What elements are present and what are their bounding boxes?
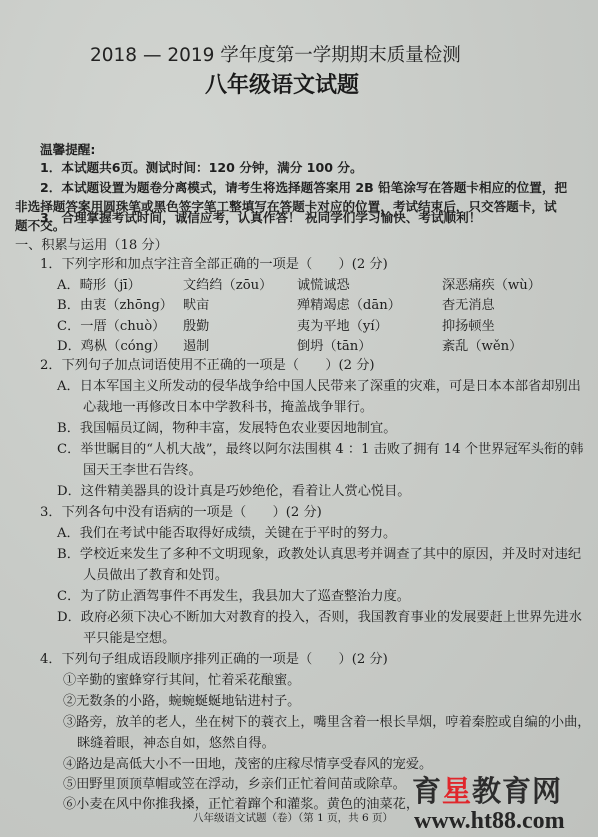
notice-item-1: 1．本试题共6页。测试时间：120 分钟，满分 100 分。 [40, 160, 363, 176]
q2-option-b: B．我国幅员辽阔，物种丰富，发展特色农业要因地制宜。 [57, 421, 396, 437]
q1-option-d-1: D．鸡枞（cóng） [57, 339, 166, 355]
q1-stem: 1．下列字形和加点字注音全部正确的一项是（ ）(2 分) [40, 257, 388, 273]
q3-option-d-cont: 平只能是空想。 [83, 631, 175, 647]
q1-option-a-2: 文绉绉（zōu） [183, 278, 272, 294]
q3-option-b-cont: 人员做出了教育和处罚。 [83, 568, 228, 584]
q3-option-c: C．为了防止酒驾事件不再发生，我县加大了巡查整治力度。 [57, 589, 410, 605]
q1-option-a-1: A．畸形（jī） [57, 278, 141, 294]
notice-heading: 温馨提醒: [40, 142, 95, 158]
q4-sentence-3: ③路旁，放羊的老人，坐在树下的蓑衣上，嘴里含着一根长旱烟，哼着秦腔或自编的小曲， [63, 715, 591, 731]
q2-option-a-cont: 心裁地一再修改日本中学教科书，掩盖战争罪行。 [83, 400, 373, 416]
q4-sentence-5: ⑤田野里顶顶草帽或笠在浮动，乡亲们正忙着间苗或除草。 [63, 777, 406, 793]
q1-option-a-4: 深恶痛疾（wù） [442, 278, 541, 294]
q1-option-d-2: 遏制 [183, 339, 209, 355]
exam-subject-title: 八年级语文试题 [205, 72, 359, 100]
q1-option-b-1: B．由衷（zhōng） [57, 298, 173, 314]
q4-sentence-2: ②无数条的小路，蜿蜿蜒蜒地钻进村子。 [63, 694, 300, 710]
q1-option-a-3: 诚慌诚恐 [297, 278, 350, 294]
exam-title: 2018 — 2019 学年度第一学期期末质量检测 [90, 45, 461, 67]
q3-option-a: A．我们在考试中能否取得好成绩，关键在于平时的努力。 [57, 526, 396, 542]
page-footer: 八年级语文试题（卷）（第 1 页，共 6 页） [193, 810, 393, 826]
q1-option-c-4: 抑扬顿坐 [442, 319, 495, 335]
q3-option-b: B．学校近来发生了多种不文明现象，政教处认真思考并调查了其中的原因，并及时对违纪 [57, 547, 581, 563]
q4-sentence-3-cont: 眯缝着眼，神态自如，悠然自得。 [77, 736, 275, 752]
site-watermark: 育星教育网 www.ht88.com [412, 775, 592, 835]
q2-option-d: D．这件精美器具的设计真是巧妙绝伦，看着让人赏心悦目。 [57, 484, 410, 500]
q2-option-c: C．举世瞩目的“人机大战”，最终以阿尔法围棋 4 ：1 击败了拥有 14 个世界… [57, 442, 583, 458]
q1-option-b-3: 殚精竭虑（dān） [297, 298, 401, 314]
exam-page: 2018 — 2019 学年度第一学期期末质量检测 八年级语文试题 温馨提醒: … [0, 0, 598, 837]
q4-sentence-4: ④路边是高低大小不一田地，茂密的庄稼尽情享受春风的宠爱。 [63, 757, 432, 773]
watermark-char-rest: 教育网 [472, 774, 562, 808]
q1-option-b-4: 杳无消息 [442, 298, 495, 314]
notice-item-2: 2．本试题设置为题卷分离模式，请考生将选择题答案用 2B 铅笔涂写在答题卡相应的… [40, 180, 567, 196]
q1-option-d-4: 紊乱（wěn） [442, 339, 522, 355]
q4-sentence-1: ①辛勤的蜜蜂穿行其间，忙着采花酿蜜。 [63, 673, 300, 689]
q4-stem: 4．下列句子组成语段顺序排列正确的一项是（ ）(2 分) [40, 652, 388, 668]
watermark-char-1: 育 [412, 774, 442, 808]
q1-option-d-3: 倒坍（tān） [297, 339, 371, 355]
section-heading: 一、积累与运用（18 分） [15, 238, 168, 254]
q1-option-c-1: C．一厝（chuò） [57, 319, 165, 335]
q2-stem: 2．下列句子加点词语使用不正确的一项是（ ）(2 分) [40, 358, 375, 374]
watermark-star-char: 星 [442, 774, 472, 808]
q2-option-a: A．日本军国主义所发动的侵华战争给中国人民带来了深重的灾难，可是日本本部省却别出 [57, 379, 581, 395]
q3-stem: 3．下列各句中没有语病的一项是（ ）(2 分) [40, 505, 322, 521]
watermark-logo-text: 育星教育网 [412, 775, 562, 807]
q3-option-d: D．政府必须下决心不断加大对教育的投入，否则，我国教育事业的发展要赶上世界先进水 [57, 610, 582, 626]
notice-item-3: 3．合理掌握考试时间，诚信应考，认真作答！ 祝同学们学习愉快、考试顺利！ [40, 210, 481, 226]
q1-option-b-2: 畎亩 [183, 298, 209, 314]
watermark-url: www.ht88.com [414, 809, 565, 833]
q1-option-c-2: 殷勤 [183, 319, 209, 335]
q2-option-c-cont: 国天王李世石告终。 [83, 463, 202, 479]
q1-option-c-3: 夷为平地（yí） [297, 319, 388, 335]
